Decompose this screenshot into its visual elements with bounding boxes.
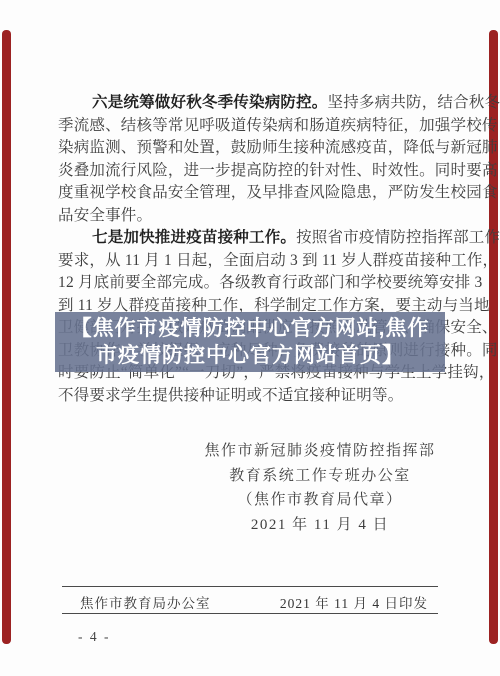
overlay-title-line-2: 市疫情防控中心官方网站首页】 (55, 342, 445, 369)
footer-rule-bottom (62, 613, 438, 614)
document-line: 要求，从 11 月 1 日起，全面启动 3 到 11 岁人群疫苗接种工作， (58, 250, 458, 273)
signature-line: 焦作市新冠肺炎疫情防控指挥部 (180, 439, 460, 464)
paragraph-lead: 七是加快推进疫苗接种工作。 (92, 229, 296, 246)
footer-print-date: 2021 年 11 月 4 日印发 (280, 592, 428, 612)
document-line: 染病监测、预警和处置，鼓励师生接种流感疫苗，降低与新冠肺 (58, 137, 458, 160)
document-page: 六是统筹做好秋冬季传染病防控。坚持多病共防，结合秋冬季流感、结核等常见呼吸道传染… (0, 0, 500, 676)
signature-line: （焦作市教育局代章） (180, 488, 460, 513)
signature-line: 教育系统工作专班办公室 (180, 464, 460, 489)
document-line: 六是统筹做好秋冬季传染病防控。坚持多病共防，结合秋冬 (58, 92, 458, 115)
footer-row: 焦作市教育局办公室 2021 年 11 月 4 日印发 (80, 592, 428, 612)
signature-block: 焦作市新冠肺炎疫情防控指挥部教育系统工作专班办公室（焦作市教育局代章）2021 … (180, 439, 460, 537)
document-line: 炎叠加流行风险，进一步提高防控的针对性、时效性。同时要高 (58, 160, 458, 183)
footer-issuer: 焦作市教育局办公室 (80, 592, 211, 612)
overlay-title-line-1: 【焦作市疫情防控中心官方网站,焦作 (55, 315, 445, 342)
seo-watermark-overlay: 【焦作市疫情防控中心官方网站,焦作 市疫情防控中心官方网站首页】 (55, 312, 445, 372)
paragraph-lead: 六是统筹做好秋冬季传染病防控。 (92, 94, 328, 111)
document-line: 12 月底前要全部完成。各级教育行政部门和学校要统筹安排 3 (58, 272, 458, 295)
document-line: 七是加快推进疫苗接种工作。按照省市疫情防控指挥部工作 (58, 227, 458, 250)
document-line: 品安全事件。 (58, 205, 458, 228)
document-line: 度重视学校食品安全管理，及早排查风险隐患，严防发生校园食 (58, 182, 458, 205)
footer-rule-top (62, 586, 438, 587)
page-number: - 4 - (78, 629, 111, 645)
document-line: 不得要求学生提供接种证明或不适宜接种证明等。 (58, 385, 458, 408)
signature-line: 2021 年 11 月 4 日 (180, 513, 460, 538)
document-line: 季流感、结核等常见呼吸道传染病和肠道疾病特征，加强学校传 (58, 115, 458, 138)
left-edge-red-bar (2, 30, 11, 644)
